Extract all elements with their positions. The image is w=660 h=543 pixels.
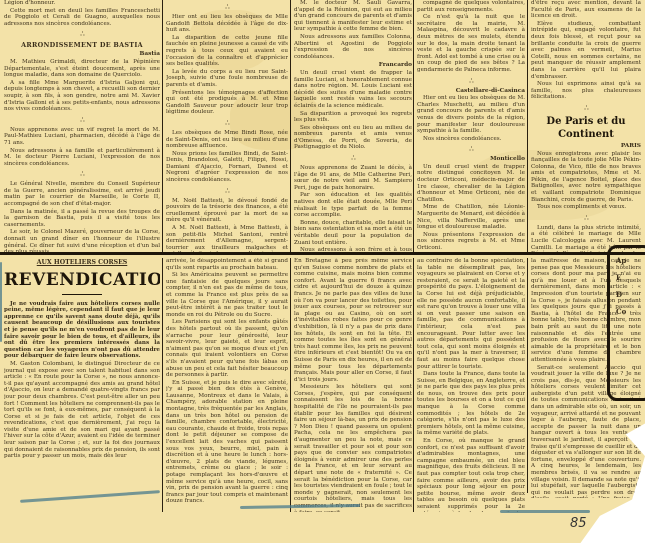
column-divider — [290, 258, 291, 512]
text-paragraph: M. Gaston Colombani, le distingué Direct… — [4, 361, 160, 460]
text-paragraph: Tous nos compliments et vœux. — [531, 204, 641, 211]
column-divider — [527, 258, 528, 493]
text-paragraph: Nous lui exprimons ainsi qu'à sa famille… — [531, 81, 641, 101]
page-number: 85 — [570, 516, 587, 531]
text-paragraph: Bonne, douce, charitable, elle faisait l… — [294, 220, 412, 246]
ornament-icon: ∴ — [166, 3, 288, 11]
text-paragraph: Les obsèques de Mme Bindi Rose, née de S… — [166, 130, 288, 150]
column-divider — [162, 0, 163, 252]
text-paragraph: Nos sincères condoléances. — [417, 136, 525, 143]
newspaper-page: Légion d'honneur. Cette mort met en deui… — [0, 0, 645, 543]
ink-mark — [0, 262, 2, 342]
article-column-1: AUX HOTELIERS CORSES REVENDICATIONS Je n… — [4, 258, 160, 520]
text-paragraph: Elève studieux, combattant intrépide qui… — [531, 21, 641, 80]
ad-text: Ap — [616, 256, 650, 265]
section-heading: ARRONDISSEMENT DE BASTIA — [4, 41, 160, 49]
ink-mark — [500, 510, 590, 513]
ornament-icon: ∴ — [531, 104, 641, 112]
text-paragraph: Si les Américains peuvent se permettre u… — [166, 272, 288, 318]
text-paragraph: au contraire de la bonne spéculation, la… — [417, 258, 525, 370]
advertisement-box: Ap E D Co — [607, 245, 653, 401]
title-underline — [62, 294, 102, 295]
place-heading: Castellare-di-Casinca — [417, 88, 525, 95]
ad-text: D — [616, 290, 650, 299]
text-paragraph: Nous présentons l'expression de nos sinc… — [417, 232, 525, 252]
ornament-icon: ∴ — [294, 154, 412, 162]
text-paragraph: M. le docteur M. Sauli Gavarra, d'appel … — [294, 0, 412, 33]
text-paragraph: M. Noël Battesti, le dévoué fondé de pou… — [166, 198, 288, 224]
text-paragraph: Je ne voudrais faire aux hôteliers corse… — [4, 301, 160, 360]
text-paragraph: Le soir, le Colonel Mazeré, gouverneur d… — [4, 229, 160, 252]
column-divider — [162, 258, 163, 512]
section-divider — [0, 252, 645, 255]
ornament-icon: ∴ — [166, 119, 288, 127]
text-paragraph: nous mille, de sen mage tiès. — [647, 0, 660, 26]
column-3: M. le docteur M. Sauli Gavarra, d'appel … — [294, 0, 412, 252]
text-paragraph: A sa fille Mme Marguerite d'Istria Galjo… — [4, 80, 160, 113]
text-paragraph: En Bretagne à peu près même service qu'e… — [294, 258, 412, 383]
text-paragraph: Sa disparition a provoqué les regrets le… — [294, 111, 412, 124]
column-divider — [413, 258, 414, 512]
article-column-4: au contraire de la bonne spéculation, la… — [417, 258, 525, 512]
text-paragraph: La disparition de cette jeune fille fauc… — [166, 35, 288, 68]
text-paragraph: Hier ont eu lieu les obsèques de Mlle Ga… — [166, 14, 288, 34]
column-divider — [413, 0, 414, 252]
ornament-icon: ∴ — [531, 214, 641, 222]
text-paragraph: Ce n'est qu'à la nuit que le secrétaire … — [417, 14, 525, 73]
text-paragraph: Messieurs les hôteliers qui sont Corses,… — [294, 384, 412, 512]
column-1: Légion d'honneur. Cette mort met en deui… — [4, 0, 160, 252]
ornament-icon: ∴ — [4, 116, 160, 124]
article-title: REVENDICATIONS — [4, 269, 160, 291]
column-divider — [290, 0, 291, 252]
place-heading: Monticello — [417, 156, 525, 163]
column-divider — [527, 0, 528, 252]
text-paragraph: Nous adressons à sa famille et particuli… — [4, 148, 160, 168]
ornament-icon: ∴ — [4, 30, 160, 38]
text-paragraph: Nous apprenons avec un vif regret la mor… — [4, 127, 160, 147]
ornament-icon: ∴ — [4, 170, 160, 178]
place-heading: Francardo — [294, 62, 412, 69]
section-title: De Paris et du Continent — [531, 115, 641, 141]
text-paragraph: Nous apprenons de Zuani le décès, à l'âg… — [294, 165, 412, 191]
text-paragraph: Les Parisiens qui sont les enfants gâtés… — [166, 319, 288, 378]
text-paragraph: Le Général Nivelle, membre du Conseil Su… — [4, 181, 160, 207]
text-paragraph: Par son éducation et les qualités native… — [294, 192, 412, 218]
text-paragraph: d'être reçu avec mention, devant la Facu… — [531, 0, 641, 20]
text-paragraph: Hier ont eu lieu les obsèques de M. Char… — [417, 95, 525, 135]
text-paragraph: La levée du corps a eu lieu rue Saint-Jo… — [166, 69, 288, 89]
column-6: nous mille, de sen mage tiès. — [647, 0, 660, 80]
text-paragraph: Dans la matinée, il a passé la revue des… — [4, 209, 160, 229]
column-4: compagné de quelques volontaires, partit… — [417, 0, 525, 252]
place-heading: PARIS — [531, 143, 641, 150]
ornament-icon: ∴ — [417, 77, 525, 85]
text-paragraph: Nous enregistrons avec plaisir les fianç… — [531, 151, 641, 204]
ad-text: Co — [616, 307, 650, 316]
column-5: d'être reçu avec mention, devant la Facu… — [531, 0, 641, 252]
article-column-3: En Bretagne à peu près même service qu'e… — [294, 258, 412, 512]
text-paragraph: Dans toute la France, dans toute la Suis… — [417, 371, 525, 437]
text-paragraph: M. Mathieu Grimaldi, directeur de la Pép… — [4, 59, 160, 79]
ad-text: E — [616, 273, 650, 282]
ornament-icon: ∴ — [166, 187, 288, 195]
text-paragraph: A M. Noël Battesti, à Mme Battesti, à so… — [166, 225, 288, 252]
text-paragraph: Un deuil cruel vient de frapper la famil… — [294, 70, 412, 110]
text-paragraph: En Corse, où manque le grand confort, ce… — [417, 438, 525, 512]
text-paragraph: Cette mort met en deuil les familles Fra… — [4, 8, 160, 28]
text-paragraph: arrivée, le désappointement a été si gra… — [166, 258, 288, 271]
ornament-icon: ∴ — [417, 145, 525, 153]
text-paragraph: Un deuil cruel vient de frapper notre di… — [417, 164, 525, 204]
text-paragraph: Présentons les témoignages d'affection q… — [166, 90, 288, 116]
column-2: ∴ Hier ont eu lieu les obsèques de Mlle … — [166, 0, 288, 252]
text-paragraph: Légion d'honneur. — [4, 0, 160, 7]
text-paragraph: Nous prions les familles Bindi, de Saint… — [166, 151, 288, 184]
article-kicker: AUX HOTELIERS CORSES — [4, 260, 160, 267]
text-paragraph: Mme de Chatillon, née Léonie-Marguerite … — [417, 204, 525, 230]
text-paragraph: En Suisse, et je puis le dire avec sûret… — [166, 380, 288, 505]
text-paragraph: compagné de quelques volontaires, partit… — [417, 0, 525, 13]
article-column-2: arrivée, le désappointement a été si gra… — [166, 258, 288, 512]
text-paragraph: Nous adressons aux familles Colonna, Alb… — [294, 34, 412, 60]
place-heading: Bastia — [4, 51, 160, 58]
text-paragraph: Ses obsèques ont eu lieu au milieu de no… — [294, 125, 412, 151]
